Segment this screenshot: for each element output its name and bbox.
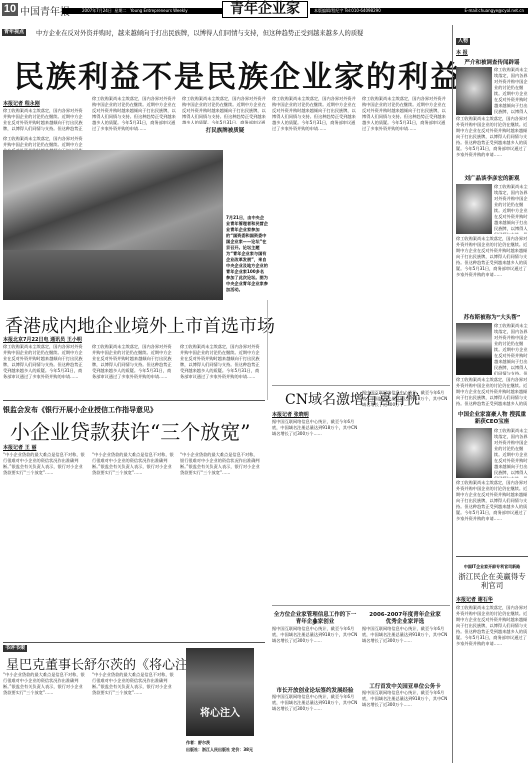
sidebar-item1-head: 严介和被调查传闻辟谣 xyxy=(456,58,528,66)
cn-byline: 本报记者 张晓明 xyxy=(272,411,309,418)
hk-body-col3: 徐工收购案尚未尘埃落定，国内各界对外资并购中国企业的讨论仍在继续。近期中方企业在… xyxy=(180,344,260,400)
schultz-headline: 星巴克董事长舒尔茨的《将心注入》 xyxy=(6,654,214,673)
section-title: 青年企业家 xyxy=(222,1,308,18)
bottom-right-sub: 优秀企业家评选 xyxy=(362,617,448,625)
book-title: 将心注入 xyxy=(186,704,254,719)
divider xyxy=(456,556,528,557)
book-author: 作者：舒尔茨 xyxy=(186,740,210,746)
hk-headline: 香港成内地企业境外上市首选市场 xyxy=(5,312,275,338)
sme-body-col1: “中小企业贷款的最大难点是信息不对称，银行很难对中小企业的资信状况作出准确判断。… xyxy=(3,452,85,630)
sme-byline: 本报记者 王 丽 xyxy=(3,444,36,451)
sidebar-photo3 xyxy=(456,323,492,375)
sidebar-tag: 人物 xyxy=(456,38,470,45)
lead-body-col2: 徐工收购案尚未尘埃落定，国内各界对外资并购中国企业的讨论仍在继续。近期中方企业在… xyxy=(92,96,178,132)
bottom-left-sub: 青年企业家创业 xyxy=(272,617,358,625)
sidebar-item5-head: 浙江民企在美赢得专利官司 xyxy=(456,572,528,590)
bottom-mid-head: 市长开放创业论坛签约发展经验 xyxy=(272,686,358,694)
photo-caption: 7月21日，由中央企业青年管理者和民营企业青年企业家参加的“国资委和国资委中国企… xyxy=(226,215,268,300)
lead-body-col3: 徐工收购案尚未尘埃落定，国内各界对外资并购中国企业的讨论仍在继续。近期中方企业在… xyxy=(182,96,268,124)
sidebar-photo2 xyxy=(456,184,492,234)
sme-headline: 小企业贷款获许“三个放宽” xyxy=(10,416,250,445)
editor-info: 本版编辑/程纪宇 Tel:010-64098290 xyxy=(314,8,381,14)
divider xyxy=(3,642,265,643)
sme-body-col3: “中小企业贷款的最大难点是信息不对称，银行很难对中小企业的资信状况作出准确判断。… xyxy=(180,452,260,630)
lead-body-col1: 徐工收购案尚未尘埃落定，国内各界对外资并购中国企业的讨论仍在继续。近期中方企业在… xyxy=(3,108,85,132)
lead-headline: 民族利益不是民族企业家的利益 xyxy=(14,52,462,96)
sidebar-photo1 xyxy=(456,67,492,115)
email: E-mail:chuangye@cyol.net.cn xyxy=(465,8,524,14)
hk-body-col1: 徐工收购案尚未尘埃落定，国内各界对外资并购中国企业的讨论仍在继续。近期中方企业在… xyxy=(3,344,85,400)
sidebar-item4-body2: 徐工收购案尚未尘埃落定，国内各界对外资并购中国企业的讨论仍在继续。近期中方企业在… xyxy=(456,480,528,544)
weekly-en: Young Entrepreneurs Weekly xyxy=(130,8,187,13)
lead-byline: 本报记者 程永刚 xyxy=(3,100,40,107)
sidebar-divider xyxy=(452,25,453,763)
lead-photo-lower xyxy=(3,250,223,300)
page-number: 10 xyxy=(2,3,18,16)
bottom-mid2-body: 据中国互联网络信息中心统计，截至今年6月底，中国域名注册总量达到918万个，其中… xyxy=(362,690,448,763)
date: 2007年7月24日 xyxy=(82,8,112,13)
sidebar-item2-head: 刘广晶谈李彦宏的新观 xyxy=(456,174,528,182)
column-divider xyxy=(267,300,268,400)
cn-body-col2: 据中国互联网络信息中心统计，截至今年6月底，中国域名注册总量达到918万个，其中… xyxy=(362,390,448,600)
lead-subsection: 打民族牌被质疑 xyxy=(182,126,268,134)
sidebar-item5-body: 徐工收购案尚未尘埃落定，国内各界对外资并购中国企业的讨论仍在继续。近期中方企业在… xyxy=(456,605,528,763)
sidebar-item2-body2: 徐工收购案尚未尘埃落定，国内各界对外资并购中国企业的讨论仍在继续。近期中方企业在… xyxy=(456,236,528,296)
bottom-left-body: 据中国互联网络信息中心统计，截至今年6月底，中国域名注册总量达到918万个，其中… xyxy=(272,626,358,684)
sme-kicker: 银监会发布《银行开展小企业授信工作指导意见》 xyxy=(3,405,157,415)
divider xyxy=(272,385,450,386)
sidebar-item4-body: 徐工收购案尚未尘埃落定，国内各界对外资并购中国企业的讨论仍在继续。近期中方企业在… xyxy=(494,428,528,478)
sme-body-col2: “中小企业贷款的最大难点是信息不对称，银行很难对中小企业的资信状况作出准确判断。… xyxy=(92,452,174,630)
cn-body-col1: 据中国互联网络信息中心统计，截至今年6月底，中国域名注册总量达到918万个，其中… xyxy=(272,419,358,599)
sidebar-item2-body: 徐工收购案尚未尘埃落定，国内各界对外资并购中国企业的讨论仍在继续。近期中方企业在… xyxy=(494,184,528,234)
lead-body-col5: 徐工收购案尚未尘埃落定，国内各界对外资并购中国企业的讨论仍在继续。近期中方企业在… xyxy=(362,96,448,316)
lead-photo xyxy=(3,150,223,250)
date-bar: 2007年7月24日 星期二 Young Entrepreneurs Weekl… xyxy=(62,8,222,14)
sidebar-photo4 xyxy=(456,428,492,478)
lead-tag: 青年视点 xyxy=(2,29,26,36)
hk-body-col2: 徐工收购案尚未尘埃落定，国内各界对外资并购中国企业的讨论仍在继续。近期中方企业在… xyxy=(92,344,174,400)
bottom-mid2-head: 工行首发中关园亚单位公务卡 xyxy=(362,682,448,690)
bottom-mid-body: 据中国互联网络信息中心统计，截至今年6月底，中国域名注册总量达到918万个，其中… xyxy=(272,694,358,763)
lead-subheadline: 中方企业在反对外资并购时，越来越倾向于打出民族牌，以博得人们同情与支持，但这种趋… xyxy=(36,28,446,37)
bottom-right-body: 据中国互联网络信息中心统计，截至今年6月底，中国域名注册总量达到918万个，其中… xyxy=(362,626,448,682)
sidebar-item1-body: 徐工收购案尚未尘埃落定，国内各界对外资并购中国企业的讨论仍在继续。近期中方企业在… xyxy=(494,67,528,115)
weekday: 星期二 xyxy=(114,8,126,13)
sidebar-item3-body: 徐工收购案尚未尘埃落定，国内各界对外资并购中国企业的讨论仍在继续。近期中方企业在… xyxy=(494,323,528,375)
sidebar-item1-body2: 徐工收购案尚未尘埃落定，国内各界对外资并购中国企业的讨论仍在继续。近期中方企业在… xyxy=(456,116,528,172)
sidebar-item3-head: 苏布斯被称为“大头帮” xyxy=(456,313,528,321)
schultz-tag: 书评书架 xyxy=(3,645,27,652)
editor-bar: 本版编辑/程纪宇 Tel:010-64098290 E-mail:chuangy… xyxy=(310,8,528,14)
sidebar-item3-body2: 徐工收购案尚未尘埃落定，国内各界对外资并购中国企业的讨论仍在继续。近期中方企业在… xyxy=(456,377,528,407)
schultz-body-col1: “中小企业贷款的最大难点是信息不对称，银行很难对中小企业的资信状况作出准确判断。… xyxy=(3,672,85,763)
book-cover: 将心注入 xyxy=(186,648,254,736)
divider xyxy=(3,400,265,401)
book-info: 出版社：浙江人民出版社 定价：38元 xyxy=(186,747,266,753)
sidebar-item5-byline: 本报记者 谢石华 xyxy=(456,596,493,603)
schultz-body-col2: “中小企业贷款的最大难点是信息不对称，银行很难对中小企业的资信状况作出准确判断。… xyxy=(92,672,174,763)
sidebar-byline: 本 报 xyxy=(456,49,468,56)
sidebar-item4-head: 中国企业家富豪人物 搜狐重新获CEO宝座 xyxy=(456,412,528,426)
divider xyxy=(272,605,450,606)
sidebar-item5-kicker: 中国IT企业家开辟专利官司新路 xyxy=(456,564,528,570)
hk-byline: 本报北京7月22日电 通讯员 王小明 xyxy=(3,336,82,343)
lead-body-col4: 徐工收购案尚未尘埃落定，国内各界对外资并购中国企业的讨论仍在继续。近期中方企业在… xyxy=(272,96,358,316)
